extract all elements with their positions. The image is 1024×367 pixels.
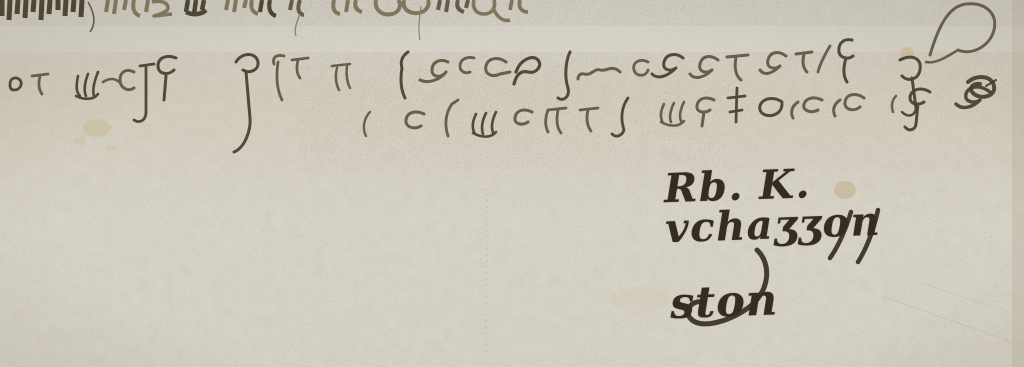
manuscript-photo: Rb. K. vchaʒʒon ston bbox=[0, 0, 1024, 367]
signature-line-1: Rb. K. vchaʒʒon bbox=[663, 157, 1024, 249]
latin-signature: Rb. K. vchaʒʒon ston bbox=[663, 157, 1024, 326]
